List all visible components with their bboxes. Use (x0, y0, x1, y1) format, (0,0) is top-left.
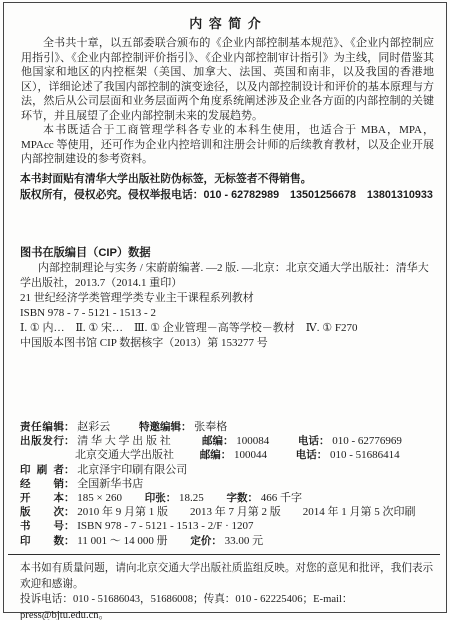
content-summary: 全书共十章，以五部委联合颁布的《企业内部控制基本规范》、《企业内部控制应用指引》… (21, 36, 434, 167)
tel-2-value: 010 - 51686414 (330, 449, 400, 461)
colon: ： (181, 421, 192, 433)
tel-1-label: 电话 (298, 435, 319, 447)
colon: ： (64, 464, 75, 476)
cip-heading: 图书在版编目（CIP）数据 (20, 246, 434, 261)
publisher-2-name: 北京交通大学出版社 (75, 448, 185, 462)
cip-data-block: 图书在版编目（CIP）数据 内部控制理论与实务 / 宋蔚蔚编著. —2 版. —… (20, 246, 434, 351)
copyright-page: 内容简介 全书共十章，以五部委联合颁布的《企业内部控制基本规范》、《企业内部控制… (0, 0, 450, 620)
zip-1-label: 邮编 (202, 435, 223, 447)
book-number-row: 书号： ISBN 978 - 7 - 5121 - 1513 - 2/F · 1… (20, 519, 438, 533)
colon: ： (166, 492, 177, 504)
summary-paragraph-1: 全书共十章，以五部委联合颁布的《企业内部控制基本规范》、《企业内部控制应用指引》… (21, 36, 434, 123)
format-row: 开本： 185 × 260 印张： 18.25 字数： 466 千字 (20, 491, 438, 505)
words-value: 466 千字 (261, 492, 302, 504)
price-label: 定价 (190, 535, 211, 547)
colophon: 责任编辑： 赵彩云 特邀编辑： 张奉格 出版发行： 清 华 大 学 出 版 社 … (20, 420, 438, 548)
colon: ： (64, 535, 75, 547)
edition-row: 版次： 2010 年 9 月第 1 版 2013 年 7 月第 2 版 2014… (20, 505, 438, 519)
special-editor-label: 特邀编辑 (139, 421, 181, 433)
colon: ： (64, 520, 75, 532)
special-editor-name: 张奉格 (194, 421, 227, 433)
colon: ： (64, 506, 75, 518)
editor-label: 责任编辑 (20, 420, 64, 434)
cip-series: 21 世纪经济学类管理学类专业主干课程系列教材 (20, 291, 434, 306)
printer-label: 印刷者 (20, 463, 64, 477)
sheets-label: 印张 (145, 492, 166, 504)
print-run-label: 印数 (20, 534, 64, 548)
tel-1-value: 010 - 62776969 (332, 435, 402, 447)
cip-isbn: ISBN 978 - 7 - 5121 - 1513 - 2 (20, 306, 434, 321)
colon: ： (223, 435, 234, 447)
words-label: 字数 (226, 492, 247, 504)
quality-feedback-note: 本书如有质量问题，请向北京交通大学出版社质监组反映。对您的意见和批评，我们表示欢… (20, 561, 436, 620)
printer-name: 北京泽宇印刷有限公司 (77, 464, 187, 476)
anti-piracy-line-1: 本书封面贴有清华大学出版社防伪标签，无标签者不得销售。 (20, 171, 436, 187)
feedback-line-1: 本书如有质量问题，请向北京交通大学出版社质监组反映。对您的意见和批评，我们表示欢… (20, 561, 436, 592)
colon: ： (211, 535, 222, 547)
zip-2-value: 100044 (234, 449, 267, 461)
feedback-line-2: 投诉电话：010 - 51686043，51686008；传真：010 - 62… (20, 592, 436, 620)
sheets-value: 18.25 (179, 492, 204, 504)
colon: ： (64, 435, 75, 447)
distributor-name: 全国新华书店 (77, 478, 143, 490)
colon: ： (247, 492, 258, 504)
zip-2-label: 邮编 (200, 449, 221, 461)
anti-piracy-notice: 本书封面贴有清华大学出版社防伪标签，无标签者不得销售。 版权所有，侵权必究。侵权… (20, 171, 436, 203)
tel-2-label: 电话 (296, 449, 317, 461)
anti-piracy-line-2: 版权所有，侵权必究。侵权举报电话：010 - 62782989 13501256… (20, 187, 436, 203)
zip-1-value: 100084 (236, 435, 269, 447)
format-value: 185 × 260 (77, 492, 122, 504)
print-run-row: 印数： 11 001 ～ 14 000 册 定价： 33.00 元 (20, 534, 438, 548)
colon: ： (317, 449, 328, 461)
publisher-row-1: 出版发行： 清 华 大 学 出 版 社 邮编： 100084 电话： 010 -… (20, 434, 438, 448)
cip-title-statement: 内部控制理论与实务 / 宋蔚蔚编著. —2 版. —北京：北京交通大学出版社：清… (20, 261, 434, 291)
colon: ： (319, 435, 330, 447)
publisher-1-name: 清 华 大 学 出 版 社 (77, 434, 187, 448)
colon: ： (64, 421, 75, 433)
cip-classification: Ⅰ. ① 内… Ⅱ. ① 宋… Ⅲ. ① 企业管理－高等学校－教材 Ⅳ. ① F… (20, 321, 434, 336)
printer-row: 印刷者： 北京泽宇印刷有限公司 (20, 463, 438, 477)
edition-label: 版次 (20, 505, 64, 519)
print-run-value: 11 001 ～ 14 000 册 (77, 535, 167, 547)
price-value: 33.00 元 (225, 535, 264, 547)
editors-row: 责任编辑： 赵彩云 特邀编辑： 张奉格 (20, 420, 438, 434)
distributor-row: 经销： 全国新华书店 (20, 477, 438, 491)
colon: ： (64, 478, 75, 490)
distributor-label: 经销 (20, 477, 64, 491)
book-number-label: 书号 (20, 519, 64, 533)
book-number-value: ISBN 978 - 7 - 5121 - 1513 - 2/F · 1207 (77, 520, 253, 532)
summary-paragraph-2: 本书既适合于工商管理学科各专业的本科生使用，也适合于 MBA，MPA，MPAcc… (21, 123, 434, 167)
publisher-label: 出版发行 (20, 434, 64, 448)
colon: ： (221, 449, 232, 461)
publisher-row-2: 北京交通大学出版社 邮编： 100044 电话： 010 - 51686414 (20, 448, 438, 462)
format-label: 开本 (20, 491, 64, 505)
edition-value: 2010 年 9 月第 1 版 2013 年 7 月第 2 版 2014 年 1… (77, 506, 415, 518)
colon: ： (64, 492, 75, 504)
cip-record-number: 中国版本图书馆 CIP 数据核字（2013）第 153277 号 (20, 336, 434, 351)
divider-line (8, 554, 440, 555)
content-summary-title: 内容简介 (0, 13, 450, 32)
editor-name: 赵彩云 (77, 421, 110, 433)
